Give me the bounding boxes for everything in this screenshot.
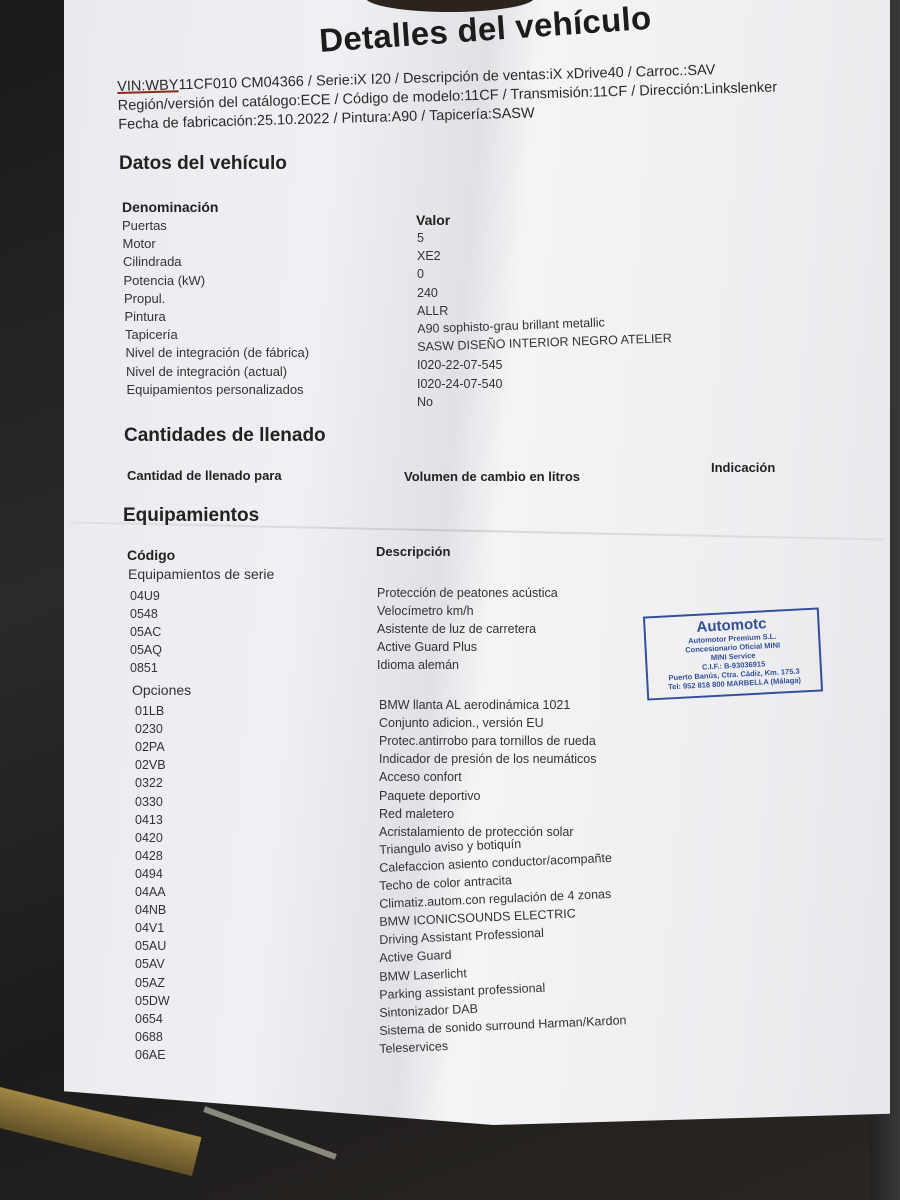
vehicle-row-value: No — [417, 395, 433, 409]
col-description: Descripción — [376, 544, 450, 559]
equipment-code: 05AV — [135, 957, 165, 971]
equipment-description: Protec.antirrobo para tornillos de rueda — [379, 734, 596, 748]
equipment-code: 05AZ — [135, 976, 165, 990]
equipment-code: 0413 — [135, 813, 163, 827]
equipment-code: 06AE — [135, 1048, 166, 1062]
equipment-code: 0654 — [135, 1012, 163, 1026]
equipment-description: Sintonizador DAB — [379, 1001, 478, 1019]
equipment-code: 0548 — [130, 607, 158, 621]
equipment-code: 0420 — [135, 831, 163, 845]
vehicle-meta: VIN:WBY11CF010 CM04366 / Serie:iX I20 / … — [117, 60, 778, 135]
vehicle-row-label: Nivel de integración (actual) — [126, 364, 287, 379]
vehicle-row-value: SASW DISEÑO INTERIOR NEGRO ATELIER — [417, 331, 672, 354]
equipment-code: 0230 — [135, 722, 163, 736]
col-fill-for: Cantidad de llenado para — [127, 468, 282, 483]
equipment-code: 04NB — [135, 903, 166, 917]
vehicle-row-label: Nivel de integración (de fábrica) — [126, 345, 310, 360]
col-denomination: Denominación — [122, 199, 218, 215]
col-code: Código — [127, 547, 175, 563]
vehicle-row-label: Puertas — [122, 218, 167, 233]
equipment-description: BMW llanta AL aerodinámica 1021 — [379, 698, 570, 712]
equipment-code: 0330 — [135, 795, 163, 809]
vehicle-row-label: Pintura — [125, 309, 166, 324]
equipment-code: 0688 — [135, 1030, 163, 1044]
vehicle-row-value: 0 — [417, 267, 424, 281]
equipment-description: Protección de peatones acústica — [377, 586, 558, 600]
equipment-code: 04V1 — [135, 921, 164, 935]
vehicle-row-value: 5 — [417, 231, 424, 245]
vin-prefix: VIN:WBY — [117, 77, 179, 95]
equipment-code: 0494 — [135, 867, 163, 881]
vehicle-row-label: Cilindrada — [123, 254, 182, 269]
col-volume: Volumen de cambio en litros — [404, 469, 580, 484]
equipment-code: 05DW — [135, 994, 170, 1008]
equipment-description: Teleservices — [379, 1039, 448, 1056]
section-vehicle-data: Datos del vehículo — [119, 153, 287, 175]
equipment-description: Conjunto adicion., versión EU — [379, 716, 544, 730]
equipment-description: Acceso confort — [379, 770, 462, 784]
vehicle-row-value: I020-24-07-540 — [417, 377, 502, 391]
section-fill-quantities: Cantidades de llenado — [124, 425, 326, 447]
equipment-code: 04U9 — [130, 589, 160, 603]
equipment-description: Active Guard — [379, 948, 452, 965]
vehicle-row-label: Motor — [123, 236, 156, 251]
equipment-description: Paquete deportivo — [379, 789, 480, 803]
col-indication: Indicación — [711, 460, 775, 475]
equipment-code: 0428 — [135, 849, 163, 863]
vehicle-row-label: Potencia (kW) — [124, 273, 206, 288]
col-value: Valor — [416, 212, 450, 228]
equipment-code: 05AC — [130, 625, 161, 639]
vehicle-row-label: Propul. — [124, 291, 165, 306]
dealer-stamp: Automotc Automotor Premium S.L. Concesio… — [643, 607, 823, 700]
document-content: Detalles del vehículo VIN:WBY11CF010 CM0… — [0, 0, 900, 1200]
equipment-code: 05AQ — [130, 643, 162, 657]
vehicle-row-label: Tapicería — [125, 327, 178, 342]
equipment-description: Acristalamiento de protección solar — [379, 825, 574, 839]
equipment-code: 01LB — [135, 704, 164, 718]
standard-equipment-heading: Equipamientos de serie — [128, 566, 274, 582]
section-equipment: Equipamientos — [123, 505, 259, 527]
vehicle-row-value: A90 sophisto-grau brillant metallic — [417, 315, 605, 336]
options-heading: Opciones — [132, 682, 191, 698]
equipment-description: Asistente de luz de carretera — [377, 622, 536, 636]
vehicle-row-value: ALLR — [417, 304, 448, 318]
vehicle-row-value: I020-22-07-545 — [417, 358, 502, 372]
equipment-description: Parking assistant professional — [379, 980, 546, 1001]
equipment-description: Driving Assistant Professional — [379, 926, 544, 947]
equipment-code: 02VB — [135, 758, 166, 772]
page-title: Detalles del vehículo — [318, 0, 653, 60]
equipment-description: BMW Laserlicht — [379, 966, 467, 984]
vehicle-row-value: XE2 — [417, 249, 441, 263]
equipment-code: 0322 — [135, 776, 163, 790]
equipment-description: Triangulo aviso y botiquín — [379, 837, 521, 857]
equipment-code: 02PA — [135, 740, 165, 754]
equipment-description: Idioma alemán — [377, 658, 459, 672]
equipment-code: 0851 — [130, 661, 158, 675]
equipment-description: Red maletero — [379, 807, 454, 821]
equipment-description: Velocímetro km/h — [377, 604, 474, 618]
equipment-code: 05AU — [135, 939, 166, 953]
equipment-description: Active Guard Plus — [377, 640, 477, 654]
vehicle-row-label: Equipamientos personalizados — [127, 382, 304, 397]
equipment-code: 04AA — [135, 885, 166, 899]
equipment-description: BMW ICONICSOUNDS ELECTRIC — [379, 907, 576, 930]
equipment-description: Indicador de presión de los neumáticos — [379, 752, 597, 766]
equipment-description: Techo de color antracita — [379, 873, 512, 893]
vehicle-row-value: 240 — [417, 286, 438, 300]
